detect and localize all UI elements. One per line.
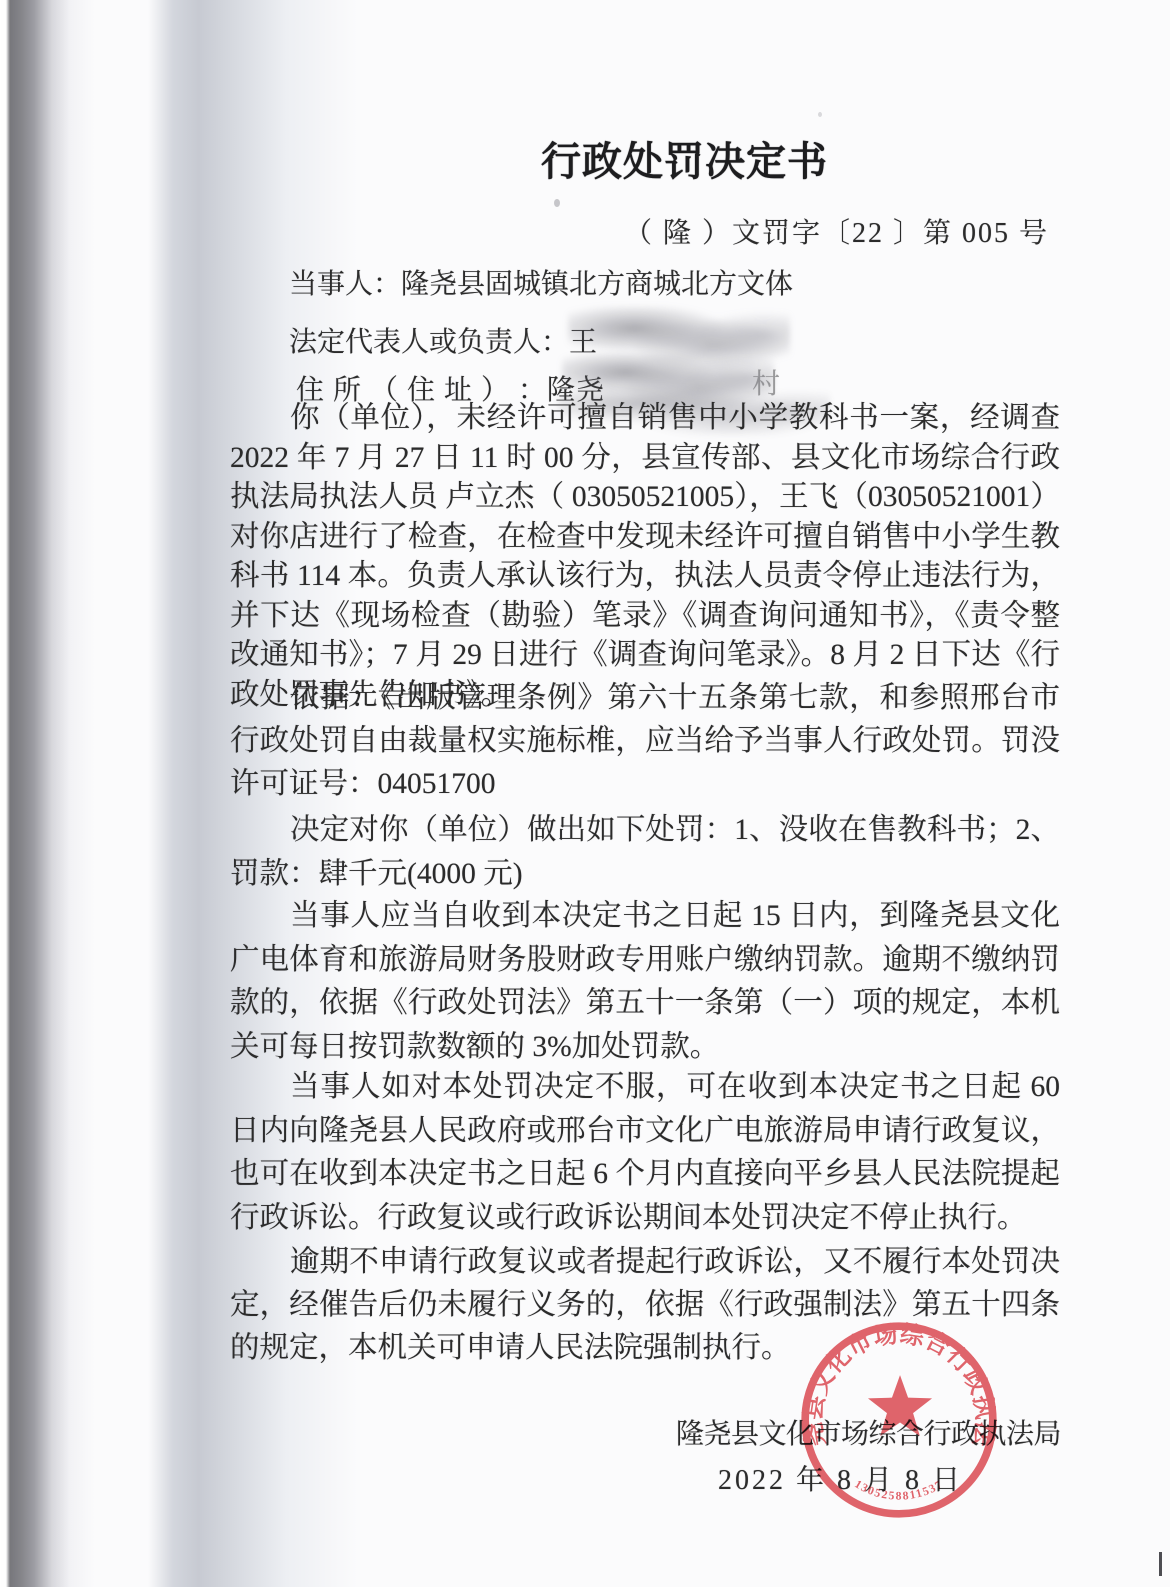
- paragraph-payment: 当事人应当自收到本决定书之日起 15 日内，到隆尧县文化广电体育和旅游局财务股财…: [230, 895, 1060, 1069]
- legal-representative-line: 法定代表人或负责人：王: [289, 320, 597, 360]
- official-seal: 隆尧县文化市场综合行政执法局 1305258811537: [797, 1318, 1001, 1522]
- party-line: 当事人：隆尧县固城镇北方商城北方文体: [289, 262, 793, 302]
- scan-speck: [818, 112, 822, 117]
- seal-star-icon: [868, 1375, 932, 1436]
- seal-serial-number: 1305258811537: [852, 1477, 945, 1502]
- page-edge-shadow: [0, 0, 95, 1587]
- paragraph-penalty: 决定对你（单位）做出如下处罚：1、没收在售教科书；2、罚款：肆千元(4000 元…: [230, 808, 1060, 896]
- document-number: （ 隆 ）文罚字〔22 〕第 005 号: [624, 211, 1049, 251]
- scanned-document-page: 行政处罚决定书 （ 隆 ）文罚字〔22 〕第 005 号 当事人：隆尧县固城镇北…: [0, 0, 1170, 1587]
- scan-speck: [554, 199, 560, 207]
- paragraph-case-facts: 你（单位），未经许可擅自销售中小学教科书一案，经调查 2022 年 7 月 27…: [230, 399, 1060, 715]
- scan-artifact-dash: [1159, 1552, 1162, 1576]
- paragraph-appeal: 当事人如对本处罚决定不服，可在收到本决定书之日起 60 日内向隆尧县人民政府或邢…: [230, 1066, 1060, 1240]
- document-title: 行政处罚决定书: [541, 130, 828, 187]
- paragraph-legal-basis: 依据：《出版管理条例》第六十五条第七款，和参照邢台市行政处罚自由裁量权实施标椎，…: [230, 677, 1060, 806]
